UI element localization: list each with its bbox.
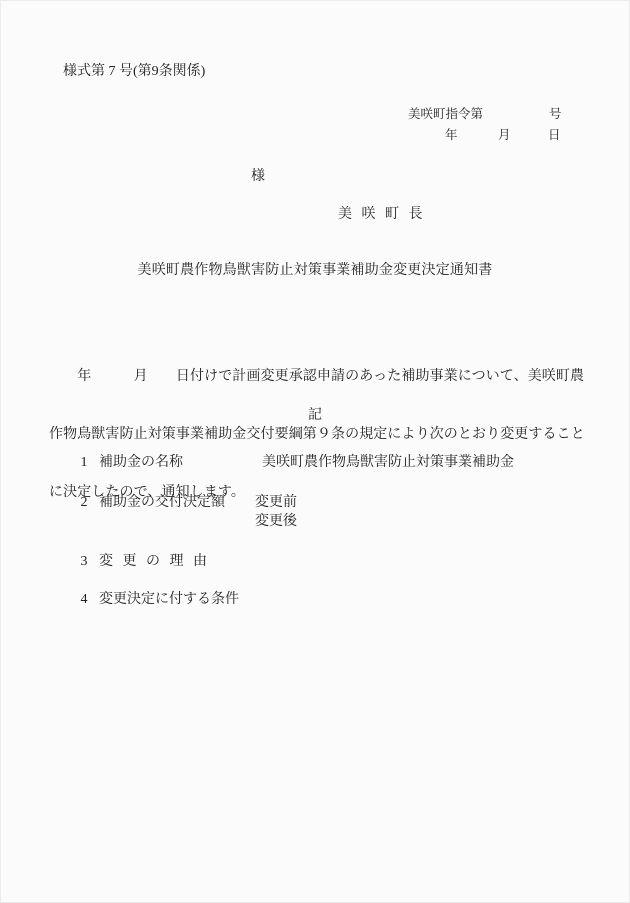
item-4-label: 変更決定に付する条件: [99, 591, 239, 609]
body-line-2: 作物鳥獣害防止対策事業補助金交付要綱第９条の規定により次のとおり変更すること: [49, 424, 590, 446]
item-2-label: 補助金の交付決定額: [99, 494, 225, 512]
date-year-label: 年: [445, 126, 458, 144]
item-2-number: 2: [77, 494, 91, 512]
form-number: 様式第 7 号(第9条関係): [63, 63, 205, 81]
item-1-number: 1: [77, 454, 91, 472]
directive-number-prefix: 美咲町指令第: [408, 105, 483, 123]
item-2-before-label: 変更前: [255, 494, 297, 512]
date-day-label: 日: [548, 126, 561, 144]
date-month-label: 月: [498, 126, 511, 144]
item-1-value: 美咲町農作物鳥獣害防止対策事業補助金: [262, 454, 514, 472]
item-2-after-label: 変更後: [255, 513, 297, 531]
body-line-1: 年 月 日付けで計画変更承認申請のあった補助事業について、美咲町農: [49, 366, 590, 388]
section-marker-ki: 記: [1, 407, 629, 425]
item-3-label: 変 更 の 理 由: [99, 553, 209, 571]
item-3-number: 3: [77, 553, 91, 571]
issuer-mayor-title: 美 咲 町 長: [338, 206, 425, 224]
directive-number-suffix: 号: [549, 105, 562, 123]
document-title: 美咲町農作物鳥獣害防止対策事業補助金変更決定通知書: [1, 262, 629, 280]
item-1-label: 補助金の名称: [99, 454, 183, 472]
addressee-honorific: 様: [251, 168, 265, 186]
notice-document-page: 様式第 7 号(第9条関係) 美咲町指令第 号 年 月 日 様 美 咲 町 長 …: [0, 0, 630, 903]
item-4-number: 4: [77, 591, 91, 609]
